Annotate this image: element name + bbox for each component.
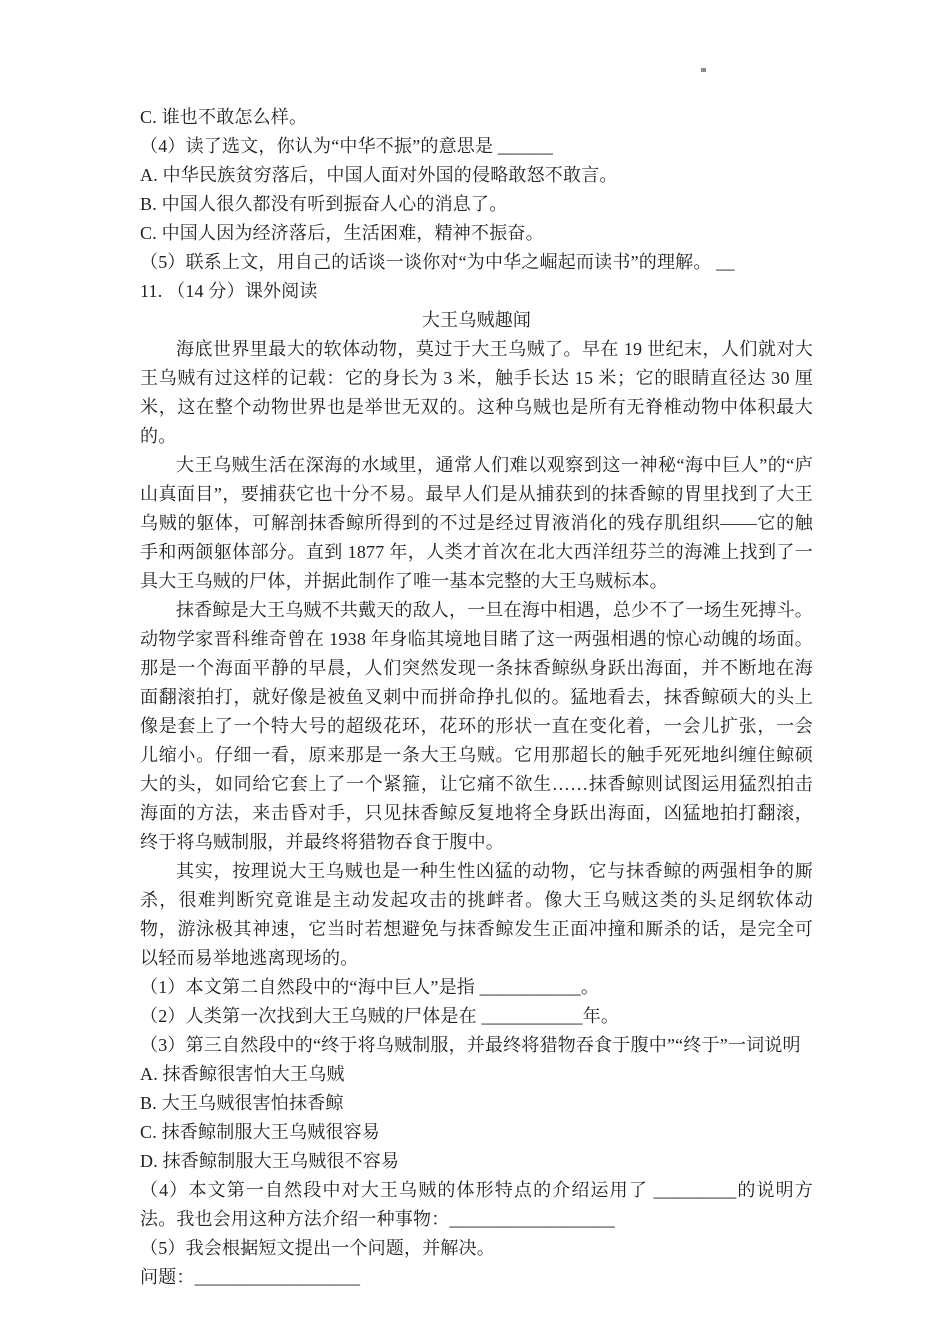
q11-sub3-prompt: （3）第三自然段中的“终于将乌贼制服，并最终将猎物吞食于腹中”“终于”一词说明 <box>140 1031 813 1060</box>
document-page: C. 谁也不敢怎么样。 （4）读了选文，你认为“中华不振”的意思是 ______… <box>0 0 950 1344</box>
scan-speck-top <box>701 68 706 72</box>
passage-paragraph-3: 抹香鲸是大王乌贼不共戴天的敌人，一旦在海中相遇，总少不了一场生死搏斗。动物学家晋… <box>140 596 813 857</box>
q11-sub3-option-c: C. 抹香鲸制服大王乌贼很容易 <box>140 1118 813 1147</box>
q11-sub3-option-b: B. 大王乌贼很害怕抹香鲸 <box>140 1089 813 1118</box>
q11-sub3-option-d: D. 抹香鲸制服大王乌贼很不容易 <box>140 1147 813 1176</box>
q11-sub3-option-a: A. 抹香鲸很害怕大王乌贼 <box>140 1060 813 1089</box>
q10-sub5-prompt: （5）联系上文，用自己的话谈一谈你对“为中华之崛起而读书”的理解。 __ <box>140 248 813 277</box>
document-content: C. 谁也不敢怎么样。 （4）读了选文，你认为“中华不振”的意思是 ______… <box>140 103 813 1292</box>
q11-sub4-prompt: （4）本文第一自然段中对大王乌贼的体形特点的介绍运用了 _________的说明… <box>140 1176 813 1234</box>
q11-sub5-answer-line: 问题：__________________ <box>140 1263 813 1292</box>
q11-header: 11. （14 分）课外阅读 <box>140 277 813 306</box>
passage-title: 大王乌贼趣闻 <box>140 306 813 335</box>
scan-speck-bottom <box>244 1248 249 1253</box>
q10-option-c: C. 谁也不敢怎么样。 <box>140 103 813 132</box>
q11-sub5-prompt: （5）我会根据短文提出一个问题，并解决。 <box>140 1234 813 1263</box>
passage-paragraph-1: 海底世界里最大的软体动物，莫过于大王乌贼了。早在 19 世纪末，人们就对大王乌贼… <box>140 335 813 451</box>
passage-paragraph-2: 大王乌贼生活在深海的水域里，通常人们难以观察到这一神秘“海中巨人”的“庐山真面目… <box>140 451 813 596</box>
q10-sub4-option-b: B. 中国人很久都没有听到振奋人心的消息了。 <box>140 190 813 219</box>
q11-sub2-prompt: （2）人类第一次找到大王乌贼的尸体是在 ___________年。 <box>140 1002 813 1031</box>
q11-sub1-prompt: （1）本文第二自然段中的“海中巨人”是指 ___________。 <box>140 973 813 1002</box>
passage-paragraph-4: 其实，按理说大王乌贼也是一种生性凶猛的动物，它与抹香鲸的两强相争的厮杀，很难判断… <box>140 857 813 973</box>
q10-sub4-option-a: A. 中华民族贫穷落后，中国人面对外国的侵略敢怒不敢言。 <box>140 161 813 190</box>
q10-sub4-option-c: C. 中国人因为经济落后，生活困难，精神不振奋。 <box>140 219 813 248</box>
q10-sub4-prompt: （4）读了选文，你认为“中华不振”的意思是 ______ <box>140 132 813 161</box>
